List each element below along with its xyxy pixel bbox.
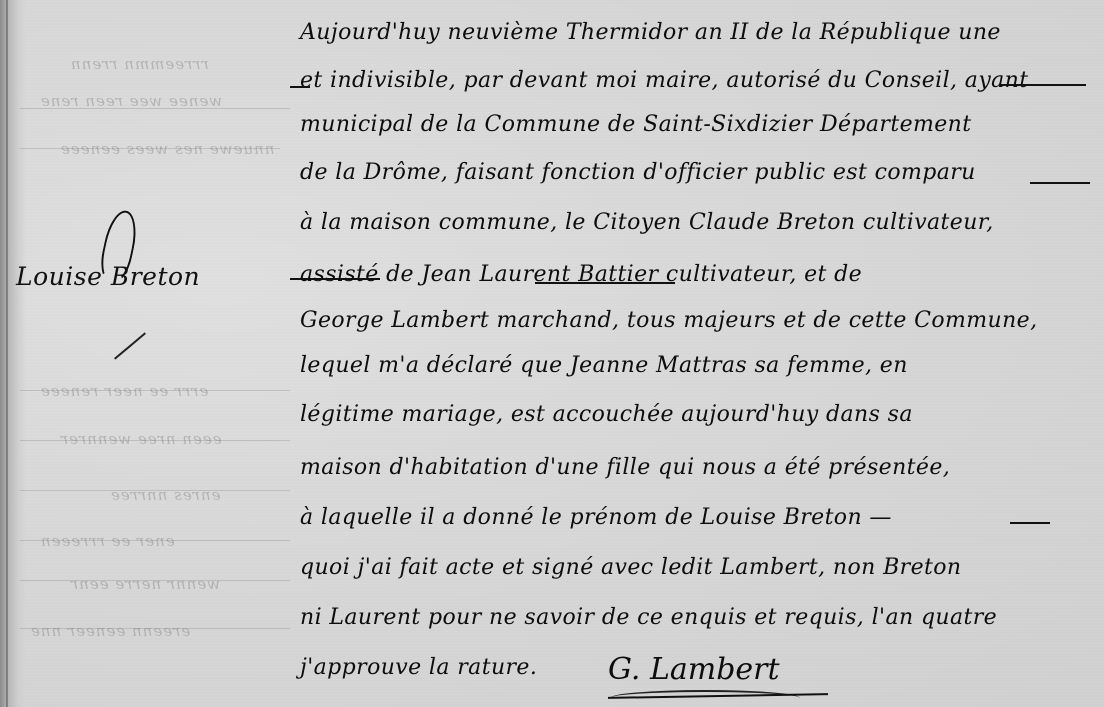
line-fill-stroke	[1000, 84, 1086, 86]
bleed-through-text: eeen nree wennrer	[60, 430, 222, 448]
record-line-9: légitime mariage, est accouchée aujourd'…	[300, 402, 913, 427]
record-line-14: j'approuve la rature.	[300, 655, 537, 680]
record-line-1: Aujourd'huy neuvième Thermidor an II de …	[300, 20, 1001, 45]
page-binding-edge	[6, 0, 8, 707]
page-left-edge-shadow	[0, 0, 26, 707]
record-line-8: lequel m'a déclaré que Jeanne Mattras sa…	[300, 353, 908, 378]
bleed-through-text: wennr nerre eenr	[70, 575, 220, 593]
bleed-through-text: errr ee neer reneee	[40, 382, 208, 400]
bleed-through-text: enres nnrree	[110, 486, 220, 504]
record-line-13: ni Laurent pour ne savoir de ce enquis e…	[300, 605, 997, 630]
record-line-2: et indivisible, par devant moi maire, au…	[300, 68, 1028, 93]
bleed-through-text: nnuewe nes wees eeneee	[60, 140, 274, 158]
witness-signature: G. Lambert	[608, 652, 780, 687]
bleed-through-text: wenee wee reen rene	[40, 92, 222, 110]
record-line-7: George Lambert marchand, tous majeurs et…	[300, 308, 1038, 333]
record-line-11: à laquelle il a donné le prénom de Louis…	[300, 505, 892, 530]
bleed-through-text: ereenn eeneer nne	[30, 622, 190, 640]
bleed-through-text: rrreemmn rrenn	[70, 55, 209, 73]
record-line-12: quoi j'ai fait acte et signé avec ledit …	[300, 555, 961, 580]
bleed-through-text: ener ee rrreeen	[40, 532, 175, 550]
document-page: rrreemmn rrenn wenee wee reen rene nnuew…	[0, 0, 1104, 707]
stray-pen-mark	[114, 332, 146, 359]
record-line-5: à la maison commune, le Citoyen Claude B…	[300, 210, 994, 235]
margin-annotation-child-name: Louise Breton	[16, 262, 200, 291]
strike-through	[535, 282, 675, 284]
record-line-3: municipal de la Commune de Saint-Sixdizi…	[300, 112, 972, 137]
line-fill-stroke	[1030, 182, 1090, 184]
line-fill-stroke	[290, 86, 310, 88]
record-line-10: maison d'habitation d'une fille qui nous…	[300, 455, 950, 480]
strike-through	[290, 278, 380, 280]
line-fill-stroke	[1010, 522, 1050, 524]
record-line-4: de la Drôme, faisant fonction d'officier…	[300, 160, 976, 185]
